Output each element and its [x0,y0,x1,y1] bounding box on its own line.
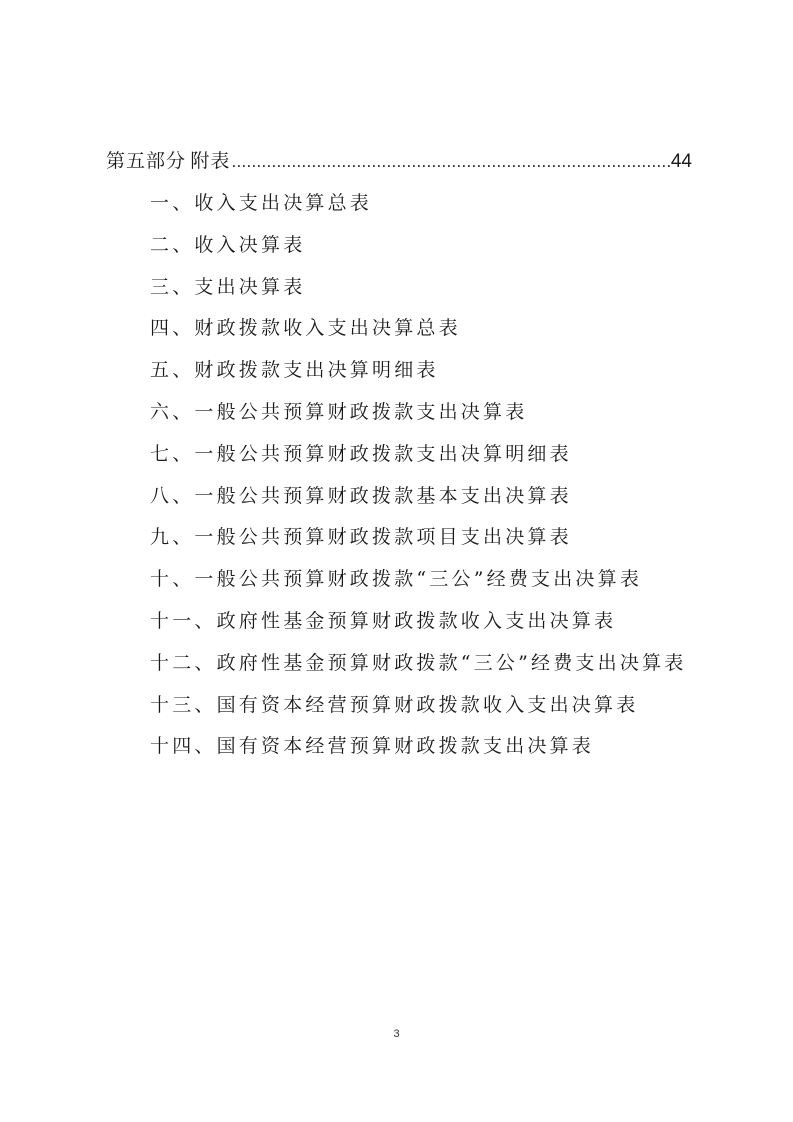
list-item: 三、支出决算表 [150,272,686,314]
list-item: 十二、政府性基金预算财政拨款“三公”经费支出决算表 [150,648,686,690]
list-item: 五、财政拨款支出决算明细表 [150,355,686,397]
list-item: 十三、国有资本经营预算财政拨款收入支出决算表 [150,690,686,732]
toc-dot-leader: …………………………………………………………………………………………………………… [231,153,670,171]
toc-entry-part-five[interactable]: 第五部分 附表 ……………………………………………………………………………………… [106,146,692,176]
toc-entry-title: 第五部分 [106,146,186,173]
list-item: 六、一般公共预算财政拨款支出决算表 [150,397,686,439]
toc-entry-page-number: 44 [671,151,692,173]
list-item: 二、收入决算表 [150,230,686,272]
list-item: 九、一般公共预算财政拨款项目支出决算表 [150,522,686,564]
list-item: 十四、国有资本经营预算财政拨款支出决算表 [150,731,686,773]
list-item: 四、财政拨款收入支出决算总表 [150,313,686,355]
list-item: 一、收入支出决算总表 [150,188,686,230]
list-item: 十一、政府性基金预算财政拨款收入支出决算表 [150,606,686,648]
toc-entry-subtitle: 附表 [190,146,230,173]
list-item: 十、一般公共预算财政拨款“三公”经费支出决算表 [150,564,686,606]
list-item: 八、一般公共预算财政拨款基本支出决算表 [150,481,686,523]
document-page: 第五部分 附表 ……………………………………………………………………………………… [0,0,793,1122]
appendix-table-list: 一、收入支出决算总表 二、收入决算表 三、支出决算表 四、财政拨款收入支出决算总… [150,188,686,773]
page-number: 3 [0,1028,793,1040]
list-item: 七、一般公共预算财政拨款支出决算明细表 [150,439,686,481]
